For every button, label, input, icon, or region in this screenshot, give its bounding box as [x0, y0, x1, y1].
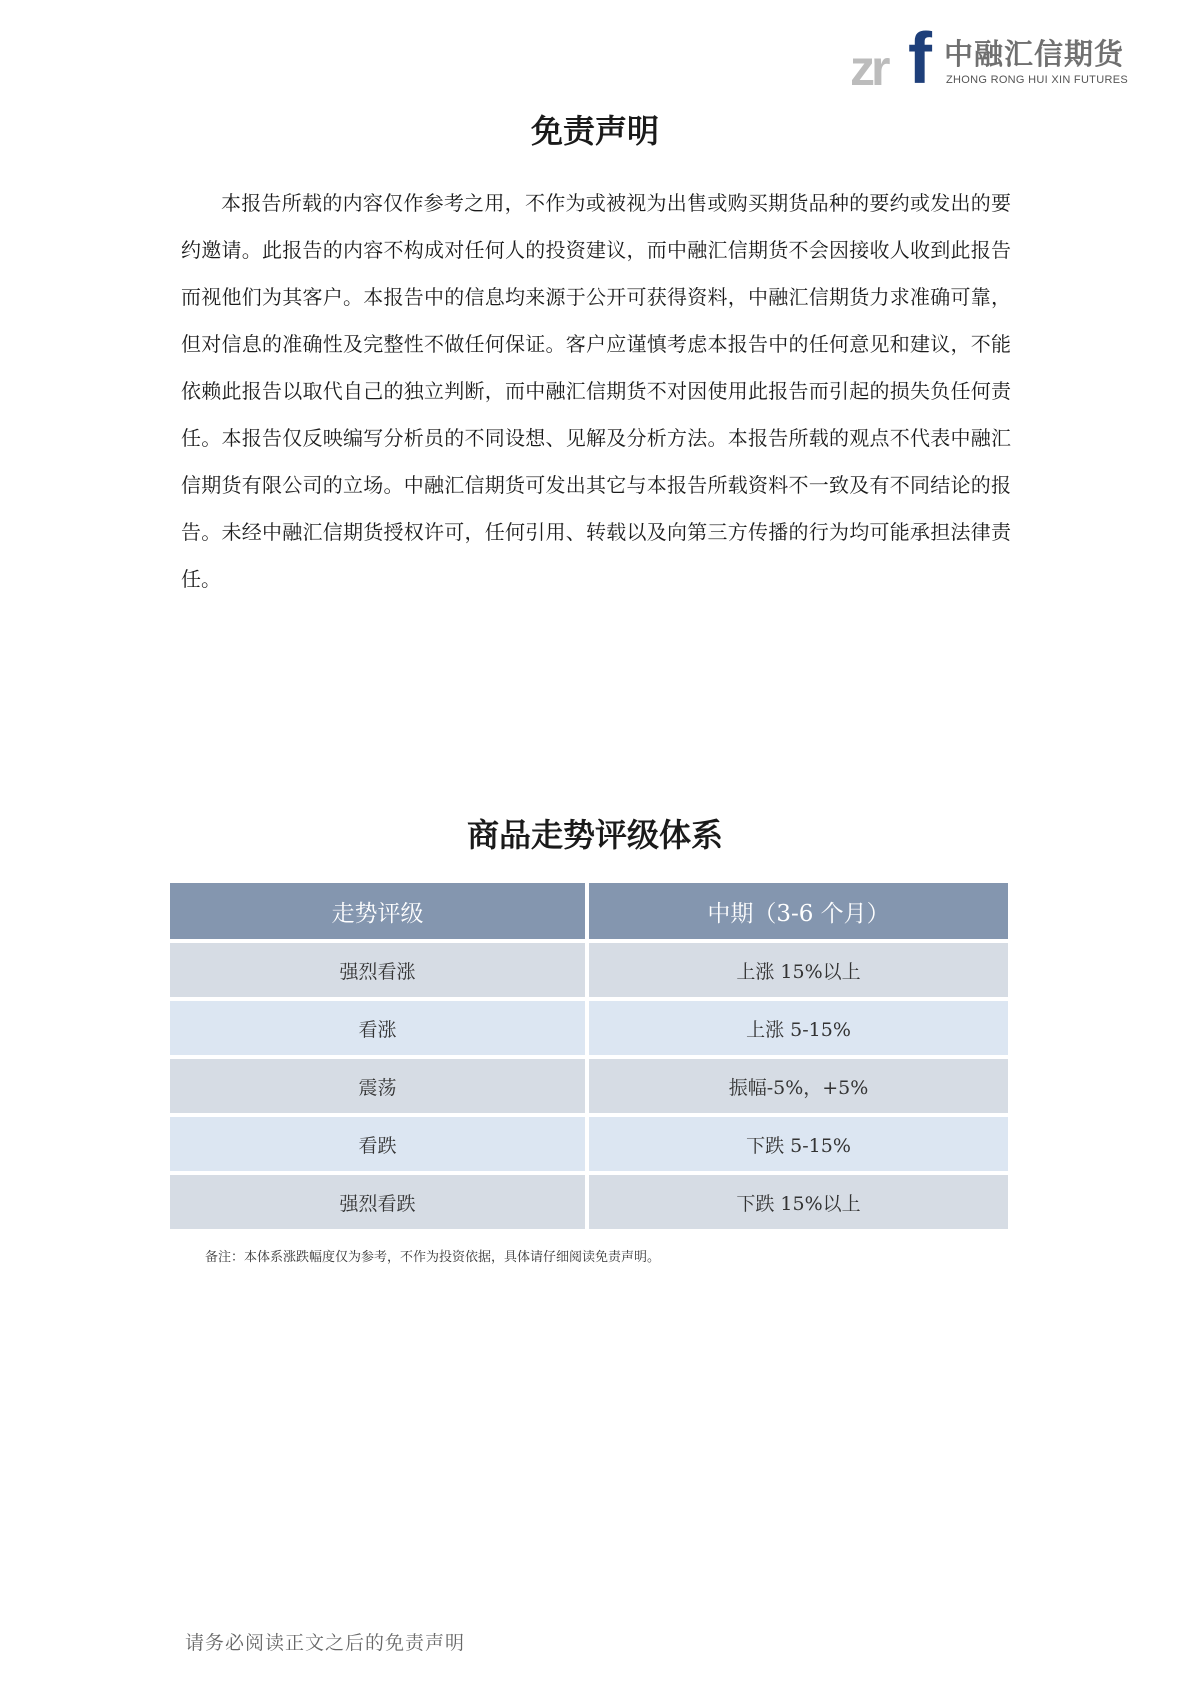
rating-cell: 震荡 — [170, 1059, 585, 1113]
table-note: 备注：本体系涨跌幅度仅为参考，不作为投资依据，具体请仔细阅读免责声明。 — [205, 1246, 660, 1265]
table-row: 强烈看跌 下跌 15%以上 — [170, 1175, 1008, 1229]
range-cell: 振幅-5%，+5% — [589, 1059, 1008, 1113]
column-header-rating: 走势评级 — [170, 883, 585, 939]
rating-cell: 强烈看涨 — [170, 943, 585, 997]
rating-table: 走势评级 中期（3-6 个月） 强烈看涨 上涨 15%以上 看涨 上涨 5-15… — [170, 883, 1008, 1229]
rating-system-title: 商品走势评级体系 — [0, 810, 1190, 856]
table-row: 震荡 振幅-5%，+5% — [170, 1059, 1008, 1113]
disclaimer-title: 免责声明 — [0, 106, 1190, 152]
range-cell: 下跌 5-15% — [589, 1117, 1008, 1171]
rating-cell: 看涨 — [170, 1001, 585, 1055]
logo-mark-gray: zr — [850, 46, 886, 90]
column-header-midterm: 中期（3-6 个月） — [589, 883, 1008, 939]
logo-company-name-cn: 中融汇信期货 — [944, 38, 1124, 70]
table-row: 看涨 上涨 5-15% — [170, 1001, 1008, 1055]
page-footer: 请务必阅读正文之后的免责声明 — [185, 1628, 465, 1655]
logo-mark-blue: f — [908, 28, 932, 90]
range-cell: 上涨 15%以上 — [589, 943, 1008, 997]
range-cell: 上涨 5-15% — [589, 1001, 1008, 1055]
range-cell: 下跌 15%以上 — [589, 1175, 1008, 1229]
disclaimer-body: 本报告所载的内容仅作参考之用，不作为或被视为出售或购买期货品种的要约或发出的要约… — [181, 180, 1011, 603]
rating-cell: 看跌 — [170, 1117, 585, 1171]
table-header-row: 走势评级 中期（3-6 个月） — [170, 883, 1008, 939]
rating-cell: 强烈看跌 — [170, 1175, 585, 1229]
logo-company-name-en: ZHONG RONG HUI XIN FUTURES — [946, 74, 1128, 86]
table-row: 看跌 下跌 5-15% — [170, 1117, 1008, 1171]
table-row: 强烈看涨 上涨 15%以上 — [170, 943, 1008, 997]
company-logo: zr f 中融汇信期货 ZHONG RONG HUI XIN FUTURES — [850, 28, 1130, 90]
